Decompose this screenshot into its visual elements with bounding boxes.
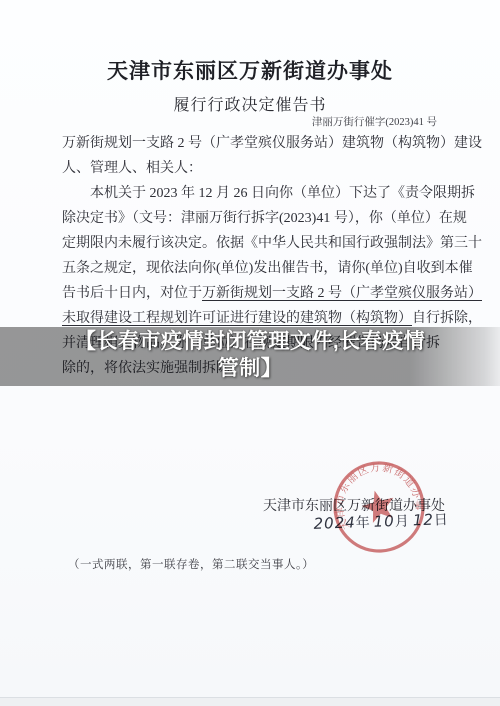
body-segment: 定期限内未履行该决定。依据《中华人民共和国行政强制法》第三十 xyxy=(62,236,482,251)
document-reference-number: 津丽万街行催字(2023)41 号 xyxy=(0,114,437,129)
seal-circular-text: 天津市东丽区万新街道办事处 xyxy=(312,440,428,538)
body-line: 五条之规定，现依法向你(单位)发出催告书，请你(单位)自收到本催 xyxy=(62,256,442,281)
body-line: 定期限内未履行该决定。依据《中华人民共和国行政强制法》第三十 xyxy=(62,231,442,256)
body-line: 除决定书》（文号：津丽万街行拆字(2023)41 号），你（单位）在规 xyxy=(62,206,442,231)
body-segment-underlined: 万新街规划一支路 2 号（广孝堂殡仪服务站） xyxy=(202,286,482,301)
body-segment: 除决定书》（文号：津丽万街行拆字(2023)41 号），你（单位）在规 xyxy=(62,211,467,226)
svg-text:天津市东丽区万新街道办事处: 天津市东丽区万新街道办事处 xyxy=(312,440,428,538)
body-line: 人、管理人、相关人： xyxy=(62,156,442,181)
copies-footnote: （一式两联，第一联存卷，第二联交当事人。） xyxy=(68,556,314,572)
watermark-line-1: 【长春市疫情封闭管理文件,长春疫情 xyxy=(0,328,500,355)
body-segment-underlined: 未取得建设工程规划许可证进行建设的建筑物（构筑物） xyxy=(62,311,412,326)
body-segment: 告书后十日内，对位于 xyxy=(62,286,202,301)
issuing-org-title: 天津市东丽区万新街道办事处 xyxy=(0,55,500,85)
watermark-line-2: 管制】 xyxy=(0,355,500,382)
body-line: 本机关于 2023 年 12 月 26 日向你（单位）下达了《责令限期拆 xyxy=(62,181,442,206)
body-segment: 自行拆除， xyxy=(412,311,482,326)
official-seal-stamp: 天津市东丽区万新街道办事处 xyxy=(312,440,447,575)
body-segment: 万新街规划一支路 2 号（广孝堂殡仪服务站）建筑物（构筑物）建设 xyxy=(62,136,482,151)
scanned-document-page: 天津市东丽区万新街道办事处 履行行政决定催告书 津丽万街行催字(2023)41 … xyxy=(0,0,500,706)
body-line: 万新街规划一支路 2 号（广孝堂殡仪服务站）建筑物（构筑物）建设 xyxy=(62,131,442,156)
watermark-text: 【长春市疫情封闭管理文件,长春疫情 管制】 xyxy=(0,328,500,382)
body-segment: 本机关于 2023 年 12 月 26 日向你（单位）下达了《责令限期拆 xyxy=(90,186,475,201)
body-segment: 人、管理人、相关人： xyxy=(62,161,202,176)
scan-bottom-margin xyxy=(0,698,500,706)
body-line: 告书后十日内，对位于万新街规划一支路 2 号（广孝堂殡仪服务站） xyxy=(62,281,442,306)
document-title: 履行行政决定催告书 xyxy=(0,92,500,115)
star-icon xyxy=(359,486,398,524)
body-segment: 五条之规定，现依法向你(单位)发出催告书，请你(单位)自收到本催 xyxy=(62,261,473,276)
